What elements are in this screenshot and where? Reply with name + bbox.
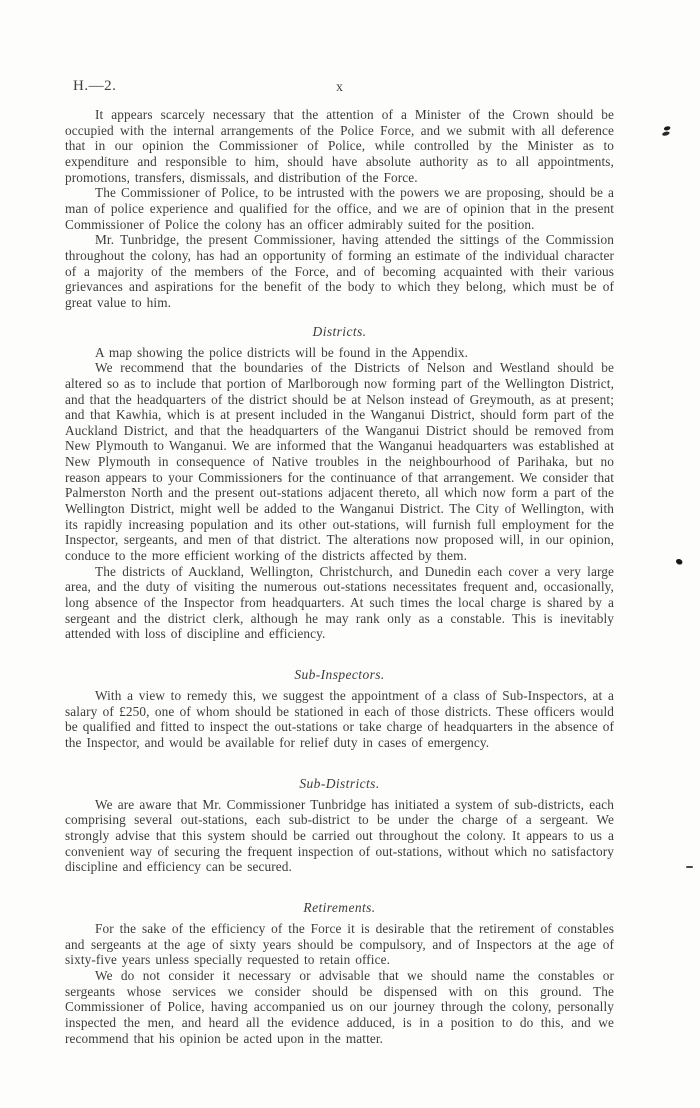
section-heading-sub-districts: Sub-Districts. — [65, 776, 614, 792]
page-number: x — [65, 79, 614, 95]
paragraph-intro-3: Mr. Tunbridge, the present Commissioner,… — [65, 232, 614, 310]
section-heading-districts: Districts. — [65, 324, 614, 340]
paragraph-districts-1: A map showing the police districts will … — [65, 345, 614, 361]
section-heading-sub-inspectors: Sub-Inspectors. — [65, 667, 614, 683]
ink-smudge-icon — [671, 555, 685, 569]
ink-smudge-icon — [659, 124, 675, 139]
paragraph-retirements-2: We do not consider it necessary or advis… — [65, 968, 614, 1046]
paragraph-intro-2: The Commissioner of Police, to be intrus… — [65, 185, 614, 232]
section-heading-retirements: Retirements. — [65, 900, 614, 916]
ink-dash-icon — [686, 866, 693, 868]
paragraph-sub-inspectors-1: With a view to remedy this, we suggest t… — [65, 688, 614, 751]
paragraph-districts-2: We recommend that the boundaries of the … — [65, 360, 614, 564]
document-page: H.—2. x It appears scarcely necessary th… — [0, 0, 700, 1108]
paragraph-intro-1: It appears scarcely necessary that the a… — [65, 107, 614, 185]
paragraph-districts-3: The districts of Auckland, Wellington, C… — [65, 564, 614, 642]
paragraph-sub-districts-1: We are aware that Mr. Commissioner Tunbr… — [65, 797, 614, 875]
masthead: H.—2. x — [65, 78, 614, 96]
paragraph-retirements-1: For the sake of the efficiency of the Fo… — [65, 921, 614, 968]
text-column: H.—2. x It appears scarcely necessary th… — [65, 78, 614, 1046]
